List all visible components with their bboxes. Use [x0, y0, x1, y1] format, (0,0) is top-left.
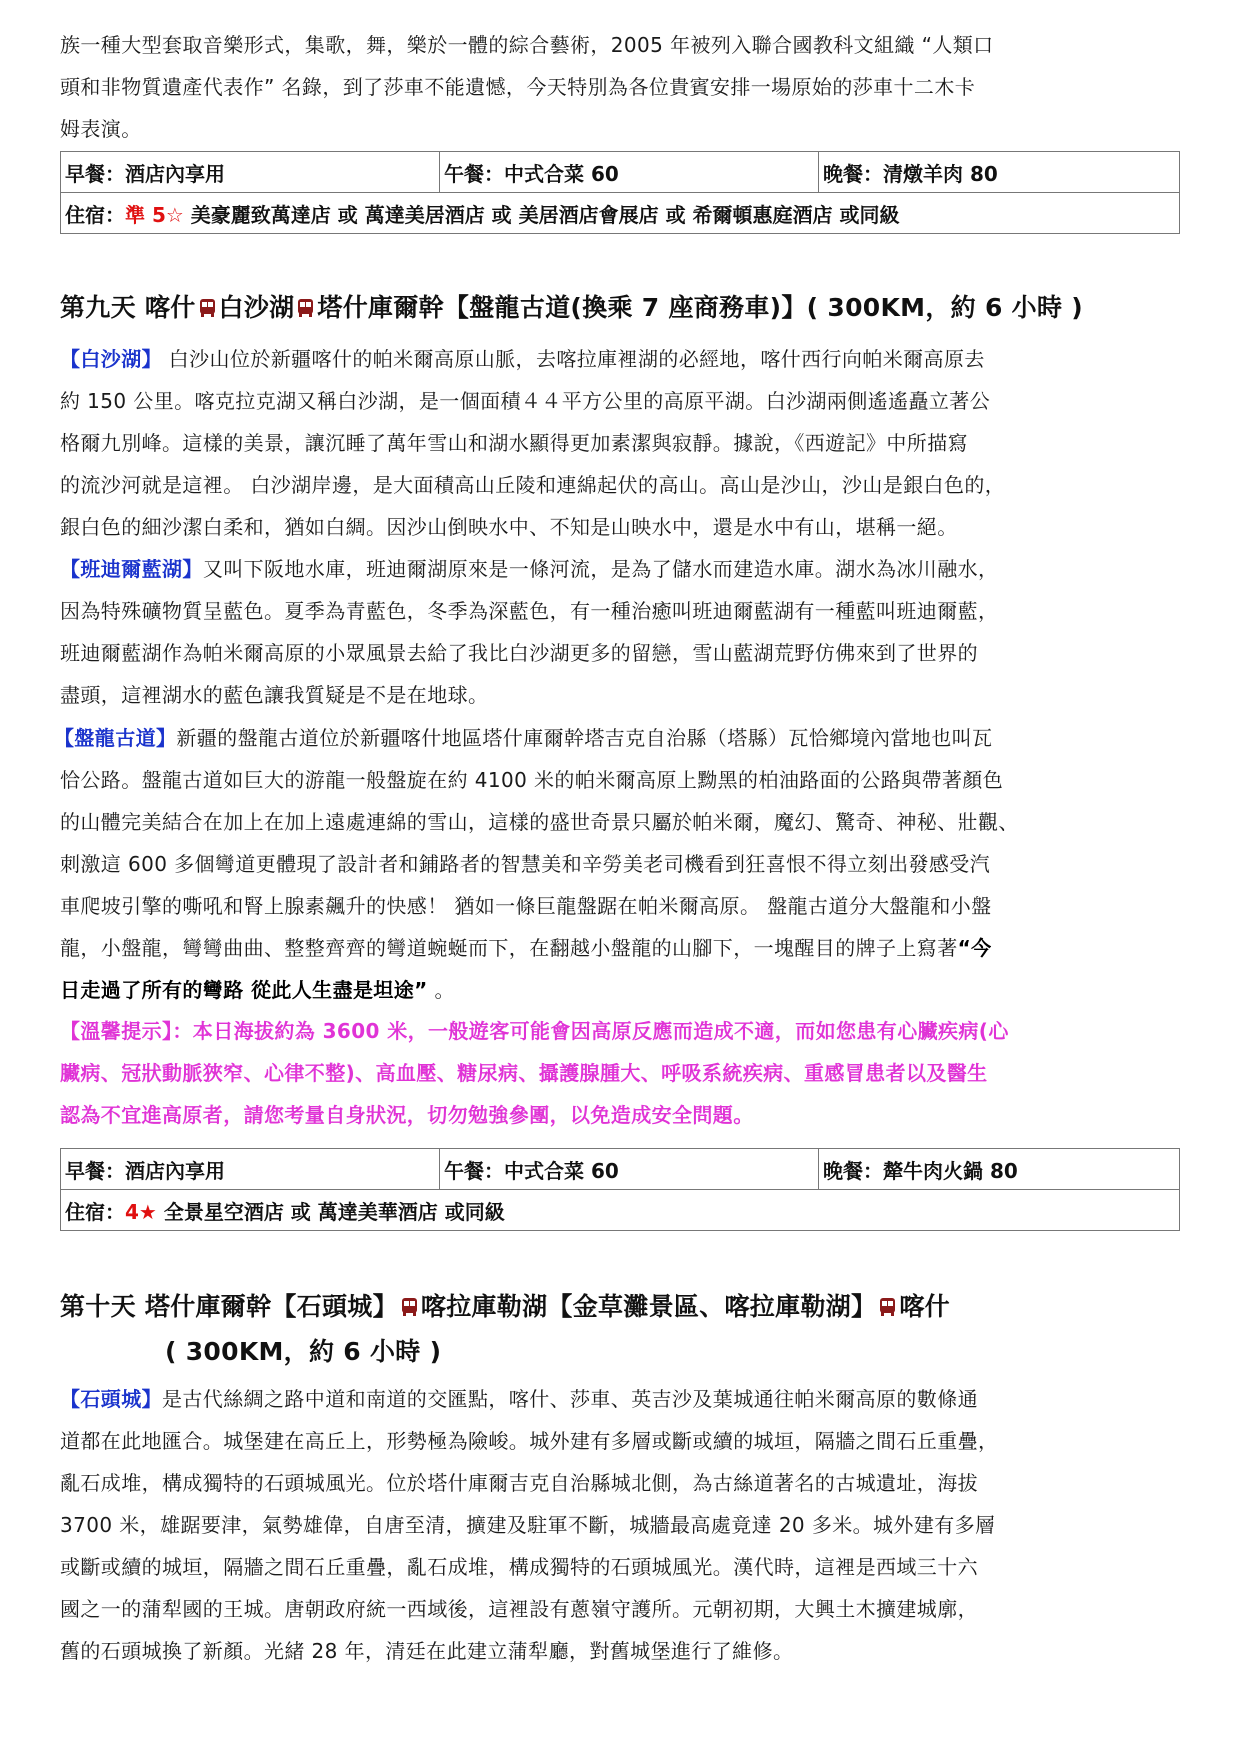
sign-quote-start: “今: [958, 936, 992, 960]
text-line: 族一種大型套取音樂形式，集歌，舞，樂於一體的綜合藝術，2005 年被列入聯合國教…: [60, 24, 1190, 66]
text-line: 銀白色的細沙潔白柔和，猶如白綢。因沙山倒映水中、不知是山映水中，還是水中有山，堪…: [60, 506, 1190, 548]
day10-title-end: 喀什: [899, 1292, 950, 1321]
meal-lodging-table-2: 早餐：酒店內享用 午餐：中式合菜 60 晚餐：犛牛肉火鍋 80 住宿：4★ 全景…: [60, 1148, 1190, 1231]
text-line: 頭和非物質遺產代表作” 名錄，到了莎車不能遺憾，今天特別為各位貴賓安排一場原始的…: [60, 66, 1190, 108]
text-line: 是古代絲綢之路中道和南道的交匯點，喀什、莎車、英吉沙及葉城通往帕米爾高原的數條通: [162, 1387, 978, 1411]
text-line: 3700 米，雄踞要津，氣勢雄偉，自唐至清，擴建及駐軍不斷，城牆最高處竟達 20…: [60, 1504, 1190, 1546]
hotel-list: 全景星空酒店 或 萬達美華酒店 或同級: [157, 1200, 505, 1224]
text-line: 班迪爾藍湖作為帕米爾高原的小眾風景去給了我比白沙湖更多的留戀，雪山藍湖荒野仿佛來…: [60, 632, 1190, 674]
bandier-lake-section: 【班迪爾藍湖】又叫下阪地水庫，班迪爾湖原來是一條河流，是為了儲水而建造水庫。湖水…: [60, 548, 1190, 716]
breakfast-cell: 早餐：酒店內享用: [61, 152, 440, 193]
text-line: 刺激這 600 多個彎道更體現了設計者和鋪路者的智慧美和辛勞美老司機看到狂喜恨不…: [54, 843, 1184, 885]
text-line: 或斷或續的城垣，隔牆之間石丘重疊，亂石成堆，構成獨特的石頭城風光。漢代時，這裡是…: [60, 1546, 1190, 1588]
altitude-warning: 【溫馨提示】：本日海拔約為 3600 米，一般遊客可能會因高原反應而造成不適，而…: [60, 1010, 1190, 1136]
text-line: 的山體完美結合在加上在加上遠處連綿的雪山，這樣的盛世奇景只屬於帕米爾，魔幻、驚奇…: [54, 801, 1184, 843]
text-line: 的流沙河就是這裡。 白沙湖岸邊，是大面積高山丘陵和連綿起伏的高山。高山是沙山，沙…: [60, 464, 1190, 506]
day10-title-mid: 喀拉庫勒湖【金草灘景區、喀拉庫勒湖】: [421, 1292, 876, 1321]
lodging-label: 住宿：: [65, 1200, 125, 1224]
text-line: 又叫下阪地水庫，班迪爾湖原來是一條河流，是為了儲水而建造水庫。湖水為冰川融水，: [203, 557, 999, 581]
text-line: 新疆的盤龍古道位於新疆喀什地區塔什庫爾幹塔吉克自治縣（塔縣）瓦恰鄉境內當地也叫瓦: [176, 726, 992, 750]
text-line: 龍，小盤龍，彎彎曲曲、整整齊齊的彎道蜿蜒而下，在翻越小盤龍的山腳下，一塊醒目的牌…: [60, 936, 958, 960]
text-line: 國之一的蒲犁國的王城。唐朝政府統一西域後，這裡設有蔥嶺守護所。元朝初期，大興土木…: [60, 1588, 1190, 1630]
day10-title-distance: ( 300KM，約 6 小時 ): [165, 1330, 1240, 1374]
bus-icon: [199, 298, 216, 318]
day9-title: 第九天 喀什白沙湖塔什庫爾幹【盤龍古道(換乘 7 座商務車)】( 300KM，約…: [60, 286, 1190, 330]
warning-line: 【溫馨提示】：本日海拔約為 3600 米，一般遊客可能會因高原反應而造成不適，而…: [60, 1010, 1190, 1052]
text-line: 約 150 公里。喀克拉克湖又稱白沙湖，是一個面積４４平方公里的高原平湖。白沙湖…: [60, 380, 1190, 422]
lodging-label: 住宿：: [65, 203, 125, 227]
baisha-tag: 【白沙湖】: [60, 347, 162, 371]
meal-lodging-table-1: 早餐：酒店內享用 午餐：中式合菜 60 晚餐：清燉羊肉 80 住宿：準 5☆ 美…: [60, 151, 1190, 234]
hotel-list: 美豪麗致萬達店 或 萬達美居酒店 或 美居酒店會展店 或 希爾頓惠庭酒店 或同級: [184, 203, 900, 227]
bus-icon: [879, 1297, 896, 1317]
hotel-rating: 4★: [125, 1200, 157, 1224]
text-line: 盡頭，這裡湖水的藍色讓我質疑是不是在地球。: [60, 674, 1190, 716]
dinner-cell: 晚餐：犛牛肉火鍋 80: [819, 1149, 1180, 1190]
panlong-road-section: 【盤龍古道】新疆的盤龍古道位於新疆喀什地區塔什庫爾幹塔吉克自治縣（塔縣）瓦恰鄉境…: [54, 717, 1184, 1011]
bus-icon: [297, 298, 314, 318]
text-line: 車爬坡引擎的嘶吼和腎上腺素飆升的快感！ 猶如一條巨龍盤踞在帕米爾高原。 盤龍古道…: [54, 885, 1184, 927]
day9-title-end: 塔什庫爾幹【盤龍古道(換乘 7 座商務車)】( 300KM，約 6 小時 ): [317, 293, 1083, 322]
sign-quote: 日走過了所有的彎路 從此人生盡是坦途”: [60, 978, 428, 1002]
warning-line: 臟病、冠狀動脈狹窄、心律不整)、高血壓、糖尿病、攝護腺腫大、呼吸系統疾病、重感冒…: [60, 1052, 1190, 1094]
stone-city-section: 【石頭城】是古代絲綢之路中道和南道的交匯點，喀什、莎車、英吉沙及葉城通往帕米爾高…: [60, 1378, 1190, 1672]
baisha-lake-section: 【白沙湖】 白沙山位於新疆喀什的帕米爾高原山脈，去喀拉庫裡湖的必經地，喀什西行向…: [60, 338, 1190, 548]
text-line: 亂石成堆，構成獨特的石頭城風光。位於塔什庫爾吉克自治縣城北側，為古絲道著名的古城…: [60, 1462, 1190, 1504]
text-line: 因為特殊礦物質呈藍色。夏季為青藍色，冬季為深藍色，有一種治癒叫班迪爾藍湖有一種藍…: [60, 590, 1190, 632]
day9-title-start: 第九天 喀什: [60, 293, 196, 322]
dinner-cell: 晚餐：清燉羊肉 80: [819, 152, 1180, 193]
bus-icon: [401, 1297, 418, 1317]
text-line: 舊的石頭城換了新顏。光緒 28 年，清廷在此建立蒲犁廳，對舊城堡進行了維修。: [60, 1630, 1190, 1672]
text-line: 道都在此地匯合。城堡建在高丘上，形勢極為險峻。城外建有多層或斷或續的城垣，隔牆之…: [60, 1420, 1190, 1462]
text-line: 恰公路。盤龍古道如巨大的游龍一般盤旋在約 4100 米的帕米爾高原上黝黑的柏油路…: [54, 759, 1184, 801]
lodging-cell: 住宿：4★ 全景星空酒店 或 萬達美華酒店 或同級: [61, 1190, 1180, 1231]
text-line: 白沙山位於新疆喀什的帕米爾高原山脈，去喀拉庫裡湖的必經地，喀什西行向帕米爾高原去: [162, 347, 985, 371]
lunch-cell: 午餐：中式合菜 60: [440, 1149, 819, 1190]
hotel-rating: 準 5☆: [125, 203, 184, 227]
panlong-tag: 【盤龍古道】: [54, 726, 176, 750]
intro-paragraph: 族一種大型套取音樂形式，集歌，舞，樂於一體的綜合藝術，2005 年被列入聯合國教…: [60, 24, 1190, 150]
bandier-tag: 【班迪爾藍湖】: [60, 557, 203, 581]
lodging-cell: 住宿：準 5☆ 美豪麗致萬達店 或 萬達美居酒店 或 美居酒店會展店 或 希爾頓…: [61, 193, 1180, 234]
text-line: 格爾九別峰。這樣的美景，讓沉睡了萬年雪山和湖水顯得更加素潔與寂靜。據說，《西遊記…: [60, 422, 1190, 464]
text-line: 。: [428, 978, 455, 1002]
stone-city-tag: 【石頭城】: [60, 1387, 162, 1411]
day10-title-start: 第十天 塔什庫爾幹【石頭城】: [60, 1292, 398, 1321]
breakfast-cell: 早餐：酒店內享用: [61, 1149, 440, 1190]
day10-title: 第十天 塔什庫爾幹【石頭城】喀拉庫勒湖【金草灘景區、喀拉庫勒湖】喀什: [60, 1285, 1190, 1329]
day9-title-mid: 白沙湖: [219, 293, 295, 322]
text-line: 姆表演。: [60, 108, 1190, 150]
lunch-cell: 午餐：中式合菜 60: [440, 152, 819, 193]
warning-line: 認為不宜進高原者，請您考量自身狀況，切勿勉強參團，以免造成安全問題。: [60, 1094, 1190, 1136]
